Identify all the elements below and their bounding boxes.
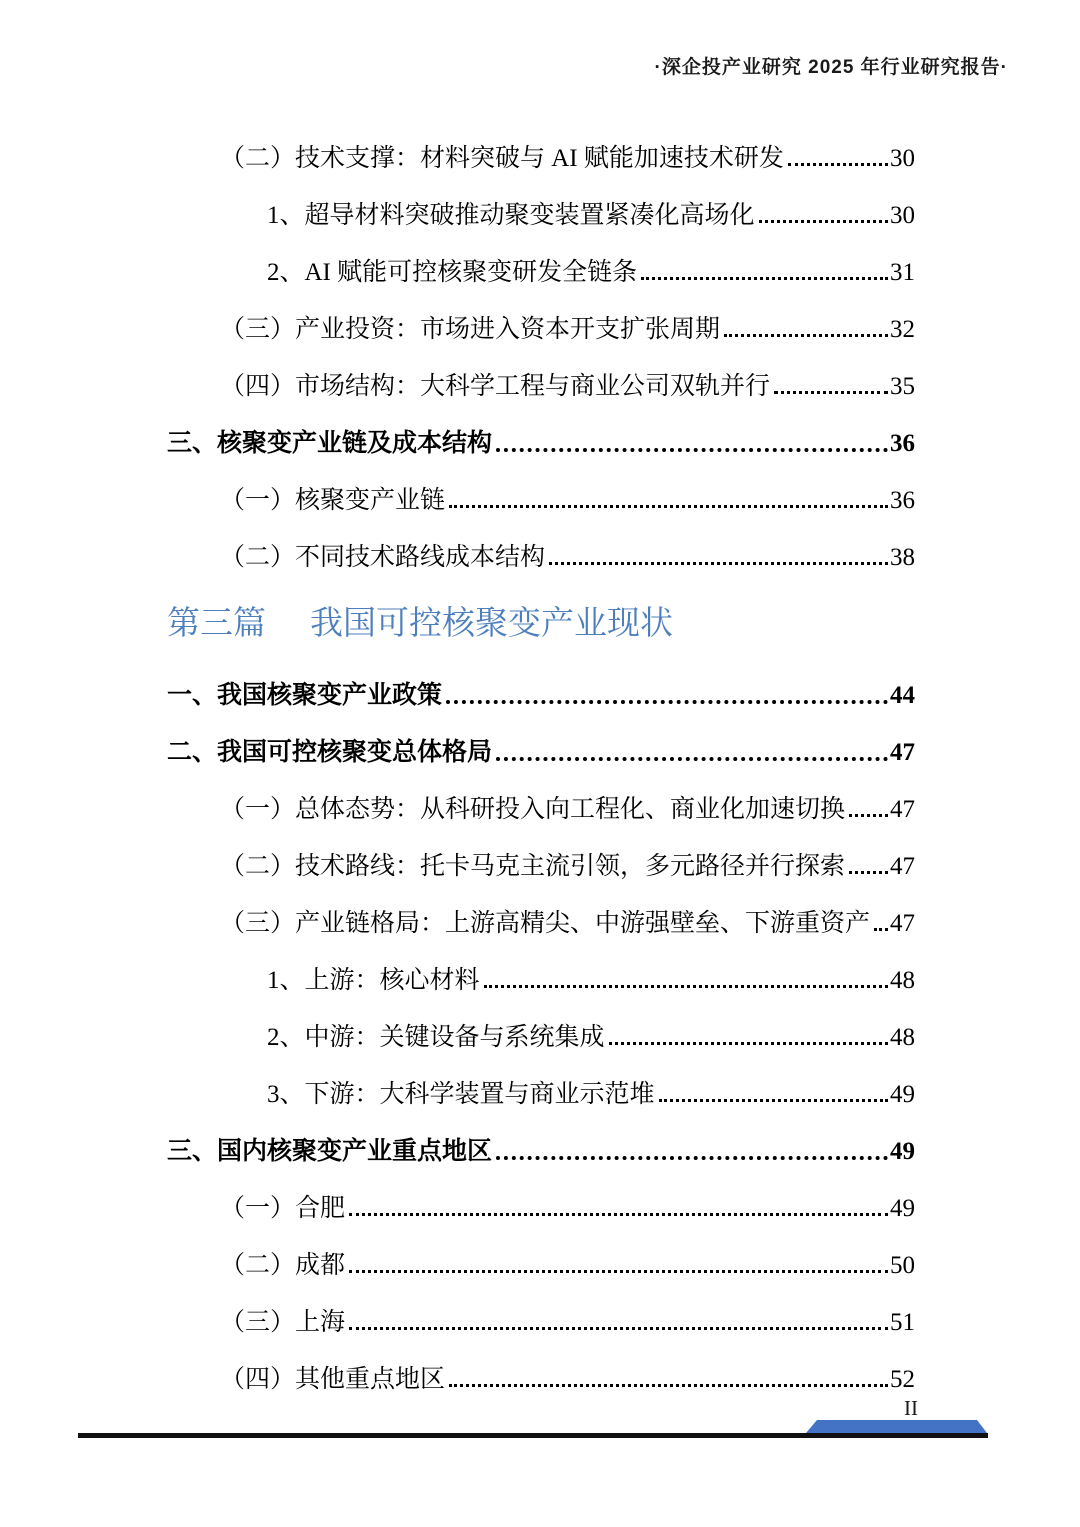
toc-entry[interactable]: （二）成都 50 <box>167 1235 915 1292</box>
toc-entry[interactable]: 1、超导材料突破推动聚变装置紧凑化高场化 30 <box>167 185 915 242</box>
toc-entry-label: （二）技术支撑：材料突破与 AI 赋能加速技术研发 <box>220 146 784 171</box>
toc-page-number: 49 <box>890 1139 915 1164</box>
toc-entry-label: （一）核聚变产业链 <box>220 488 445 513</box>
toc-page-number: 38 <box>890 545 915 570</box>
toc-entry-label: （三）上海 <box>220 1310 345 1335</box>
page-number: II <box>904 1396 918 1421</box>
toc-entry-label: 一、我国核聚变产业政策 <box>167 683 442 708</box>
toc-dot-leader <box>874 928 888 931</box>
toc-entry-label: 1、超导材料突破推动聚变装置紧凑化高场化 <box>267 203 755 228</box>
toc-dot-leader <box>349 1213 888 1216</box>
toc-dot-leader <box>349 1270 888 1273</box>
toc-dot-leader <box>549 562 888 565</box>
toc-entry[interactable]: 三、核聚变产业链及成本结构 36 <box>167 413 915 470</box>
toc-page-number: 47 <box>890 797 915 822</box>
table-of-contents: （二）技术支撑：材料突破与 AI 赋能加速技术研发 30 1、超导材料突破推动聚… <box>167 128 915 1406</box>
toc-entry[interactable]: （二）技术支撑：材料突破与 AI 赋能加速技术研发 30 <box>167 128 915 185</box>
toc-entry[interactable]: 三、国内核聚变产业重点地区 49 <box>167 1121 915 1178</box>
toc-dot-leader <box>496 1156 888 1160</box>
toc-page-number: 51 <box>890 1310 915 1335</box>
toc-page-number: 47 <box>890 740 915 765</box>
toc-entry-label: （二）成都 <box>220 1253 345 1278</box>
toc-entry[interactable]: 3、下游：大科学装置与商业示范堆 49 <box>167 1064 915 1121</box>
toc-entry[interactable]: 1、上游：核心材料 48 <box>167 950 915 1007</box>
section-heading-title: 我国可控核聚变产业现状 <box>310 608 673 641</box>
toc-entry-label: 2、AI 赋能可控核聚变研发全链条 <box>267 260 637 285</box>
section-heading: 第三篇 我国可控核聚变产业现状 <box>167 584 915 665</box>
toc-entry[interactable]: （一）总体态势：从科研投入向工程化、商业化加速切换 47 <box>167 779 915 836</box>
toc-page-number: 32 <box>890 317 915 342</box>
toc-entry[interactable]: （三）产业投资：市场进入资本开支扩张周期 32 <box>167 299 915 356</box>
toc-entry-label: （二）技术路线：托卡马克主流引领，多元路径并行探索 <box>220 854 845 879</box>
toc-page-number: 36 <box>890 431 915 456</box>
toc-entry[interactable]: （三）上海 51 <box>167 1292 915 1349</box>
toc-page-number: 49 <box>890 1196 915 1221</box>
toc-entry-label: 1、上游：核心材料 <box>267 968 480 993</box>
toc-page-number: 52 <box>890 1367 915 1392</box>
toc-page-number: 47 <box>890 911 915 936</box>
toc-dot-leader <box>484 985 888 988</box>
toc-dot-leader <box>641 277 888 280</box>
footer-rule <box>78 1433 988 1438</box>
toc-entry[interactable]: （四）其他重点地区 52 <box>167 1349 915 1406</box>
toc-page-number: 50 <box>890 1253 915 1278</box>
toc-entry-label: 三、国内核聚变产业重点地区 <box>167 1139 492 1164</box>
toc-page-number: 31 <box>890 260 915 285</box>
toc-dot-leader <box>496 757 888 761</box>
toc-entry-label: 3、下游：大科学装置与商业示范堆 <box>267 1082 655 1107</box>
toc-entry-label: （二）不同技术路线成本结构 <box>220 545 545 570</box>
toc-dot-leader <box>449 505 888 508</box>
toc-entry-label: （四）其他重点地区 <box>220 1367 445 1392</box>
toc-entry-label: 2、中游：关键设备与系统集成 <box>267 1025 605 1050</box>
toc-dot-leader <box>496 448 888 452</box>
toc-entry-label: （四）市场结构：大科学工程与商业公司双轨并行 <box>220 374 770 399</box>
toc-page-number: 48 <box>890 968 915 993</box>
toc-entry[interactable]: （一）核聚变产业链 36 <box>167 470 915 527</box>
toc-page-number: 44 <box>890 683 915 708</box>
toc-entry-label: （三）产业投资：市场进入资本开支扩张周期 <box>220 317 720 342</box>
toc-dot-leader <box>788 163 888 166</box>
toc-entry[interactable]: 一、我国核聚变产业政策 44 <box>167 665 915 722</box>
toc-dot-leader <box>449 1384 888 1387</box>
toc-entry-label: 二、我国可控核聚变总体格局 <box>167 740 492 765</box>
section-heading-prefix: 第三篇 <box>167 608 266 641</box>
footer-ribbon <box>806 1420 987 1433</box>
toc-page-number: 36 <box>890 488 915 513</box>
toc-entry[interactable]: 二、我国可控核聚变总体格局 47 <box>167 722 915 779</box>
toc-entry[interactable]: 2、AI 赋能可控核聚变研发全链条 31 <box>167 242 915 299</box>
document-page: ·深企投产业研究 2025 年行业研究报告· （二）技术支撑：材料突破与 AI … <box>0 0 1080 1527</box>
toc-dot-leader <box>759 220 888 223</box>
toc-page-number: 49 <box>890 1082 915 1107</box>
toc-entry[interactable]: （三）产业链格局：上游高精尖、中游强壁垒、下游重资产 47 <box>167 893 915 950</box>
toc-dot-leader <box>349 1327 888 1330</box>
toc-entry-label: （三）产业链格局：上游高精尖、中游强壁垒、下游重资产 <box>220 911 870 936</box>
toc-page-number: 48 <box>890 1025 915 1050</box>
toc-entry[interactable]: 2、中游：关键设备与系统集成 48 <box>167 1007 915 1064</box>
toc-page-number: 47 <box>890 854 915 879</box>
toc-entry-label: （一）总体态势：从科研投入向工程化、商业化加速切换 <box>220 797 845 822</box>
toc-dot-leader <box>446 700 888 704</box>
toc-entry[interactable]: （四）市场结构：大科学工程与商业公司双轨并行 35 <box>167 356 915 413</box>
toc-entry[interactable]: （二）技术路线：托卡马克主流引领，多元路径并行探索 47 <box>167 836 915 893</box>
toc-entry-label: 三、核聚变产业链及成本结构 <box>167 431 492 456</box>
toc-dot-leader <box>849 814 888 817</box>
toc-entry[interactable]: （二）不同技术路线成本结构 38 <box>167 527 915 584</box>
toc-page-number: 30 <box>890 203 915 228</box>
toc-dot-leader <box>724 334 888 337</box>
page-header: ·深企投产业研究 2025 年行业研究报告· <box>655 52 1008 79</box>
toc-dot-leader <box>659 1099 888 1102</box>
toc-page-number: 35 <box>890 374 915 399</box>
toc-entry-label: （一）合肥 <box>220 1196 345 1221</box>
toc-entry[interactable]: （一）合肥 49 <box>167 1178 915 1235</box>
toc-page-number: 30 <box>890 146 915 171</box>
toc-dot-leader <box>774 391 888 394</box>
toc-dot-leader <box>849 871 888 874</box>
header-text: ·深企投产业研究 2025 年行业研究报告· <box>655 57 1008 78</box>
toc-dot-leader <box>609 1042 888 1045</box>
